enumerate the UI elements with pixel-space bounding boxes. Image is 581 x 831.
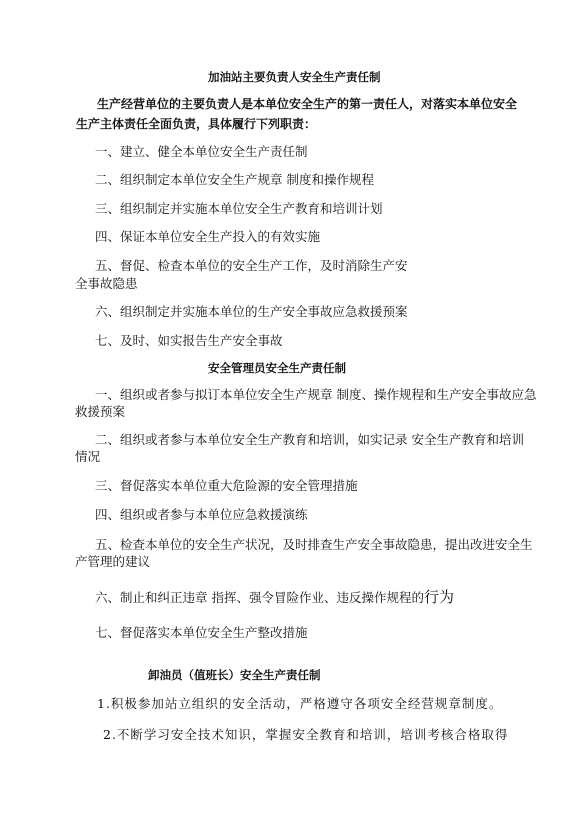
list-item: 一、组织或者参与拟订本单位安全生产规章 制度、操作规程和生产安全事故应急 — [95, 387, 536, 403]
section-title-safety-manager: 安全管理员安全生产责任制 — [208, 360, 346, 376]
list-item: 三、督促落实本单位重大危险源的安全管理措施 — [95, 478, 358, 494]
intro-paragraph-line2: 生产主体责任全面负责，具体履行下列职责： — [76, 116, 316, 132]
list-item-text-large: 行为 — [424, 588, 454, 606]
list-item: 二、组织制定本单位安全生产规章 制度和操作规程 — [95, 172, 374, 188]
list-item: 一、建立、健全本单位安全生产责任制 — [95, 144, 308, 160]
list-item: 五、检查本单位的安全生产状况，及时排查生产安全事故隐患，提出改进安全生 — [95, 537, 533, 553]
list-item: 六、制止和纠正违章 指挥、强令冒险作业、违反操作规程的行为 — [95, 589, 454, 606]
list-item-continuation: 救援预案 — [75, 404, 125, 420]
list-item: 七、及时、如实报告生产安全事故 — [95, 333, 283, 349]
list-item: 五、督促、检查本单位的安全生产工作，及时消除生产安 — [95, 258, 408, 274]
list-item: 七、督促落实本单位安全生产整改措施 — [95, 625, 308, 641]
list-item-text: 六、制止和纠正违章 指挥、强令冒险作业、违反操作规程的 — [95, 590, 424, 605]
list-item-continuation: 产管理的建议 — [75, 554, 150, 570]
list-item: 六、组织制定并实施本单位的生产安全事故应急救援预案 — [95, 304, 408, 320]
list-item: 四、组织或者参与本单位应急救援演练 — [95, 507, 308, 523]
list-item-continuation: 情况 — [75, 449, 100, 465]
section-title-principal: 加油站主要负责人安全生产责任制 — [208, 69, 381, 85]
list-item: 2.不断学习安全技术知识，掌握安全教育和培训，培训考核合格取得 — [103, 727, 508, 743]
list-item: 二、组织或者参与本单位安全生产教育和培训，如实记录 安全生产教育和培训 — [95, 432, 524, 448]
list-item-continuation: 全事故隐患 — [75, 276, 138, 292]
list-item: 1.积极参加站立组织的安全活动，严格遵守各项安全经营规章制度。 — [97, 696, 502, 712]
list-item: 四、保证本单位安全生产投入的有效实施 — [95, 229, 320, 245]
intro-paragraph-line1: 生产经营单位的主要负责人是本单位安全生产的第一责任人，对落实本单位安全 — [97, 96, 517, 112]
list-item: 三、组织制定并实施本单位安全生产教育和培训计划 — [95, 201, 383, 217]
section-title-unloader: 卸油员（值班长）安全生产责任制 — [148, 667, 321, 683]
